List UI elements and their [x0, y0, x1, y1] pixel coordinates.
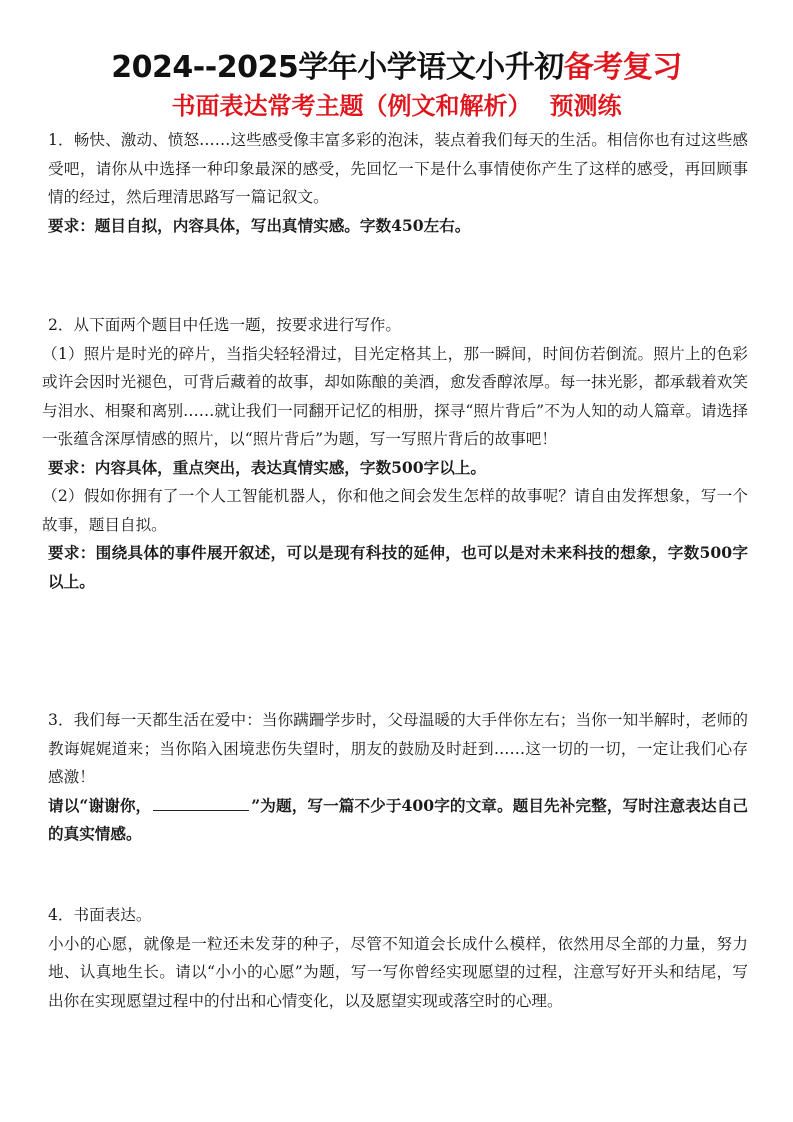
option-1-text: 照片是时光的碎片，当指尖轻轻滑过，目光定格其上，那一瞬间，时间仿若倒流。照片上的… — [42, 345, 748, 449]
subtitle-main: 书面表达常考主题（例文和解析） — [172, 92, 532, 120]
title-black-part: 2024--2025学年小学语文小升初 — [111, 50, 563, 85]
document-title: 2024--2025学年小学语文小升初备考复习 — [0, 48, 793, 88]
question-1-prompt: 1．畅快、激动、愤怒……这些感受像丰富多彩的泡沫，装点着我们每天的生活。相信你也… — [48, 126, 748, 212]
question-1-requirement: 要求：题目自拟，内容具体，写出真情实感。字数450左右。 — [48, 212, 748, 241]
question-2-prompt: 2．从下面两个题目中任选一题，按要求进行写作。 — [48, 311, 748, 340]
question-1: 1．畅快、激动、愤怒……这些感受像丰富多彩的泡沫，装点着我们每天的生活。相信你也… — [48, 126, 748, 240]
question-2-option-2-requirement: 要求：围绕具体的事件展开叙述，可以是现有科技的延伸，也可以是对未来科技的想象，字… — [48, 539, 748, 596]
document-subtitle: 书面表达常考主题（例文和解析）预测练 — [0, 90, 793, 122]
question-4: 4．书面表达。 小小的心愿，就像是一粒还未发芽的种子，尽管不知道会长成什么模样，… — [48, 901, 748, 1015]
question-4-prompt: 4．书面表达。 — [48, 901, 748, 930]
question-2-option-1-requirement: 要求：内容具体，重点突出，表达真情实感，字数500字以上。 — [48, 454, 748, 483]
question-2-option-1: （1）照片是时光的碎片，当指尖轻轻滑过，目光定格其上，那一瞬间，时间仿若倒流。照… — [42, 340, 748, 454]
option-1-label: （1） — [42, 345, 84, 363]
option-2-label: （2） — [42, 487, 84, 505]
subtitle-suffix: 预测练 — [550, 92, 622, 120]
requirement-before-blank: 请以“谢谢你， — [48, 796, 151, 815]
question-4-text: 小小的心愿，就像是一粒还未发芽的种子，尽管不知道会长成什么模样，依然用尽全部的力… — [48, 930, 748, 1016]
question-2-option-2: （2）假如你拥有了一个人工智能机器人，你和他之间会发生怎样的故事呢？请自由发挥想… — [42, 482, 748, 539]
title-blank-line — [153, 796, 249, 811]
question-2: 2．从下面两个题目中任选一题，按要求进行写作。 （1）照片是时光的碎片，当指尖轻… — [48, 311, 748, 596]
option-2-text: 假如你拥有了一个人工智能机器人，你和他之间会发生怎样的故事呢？请自由发挥想象，写… — [42, 487, 748, 534]
question-3-prompt: 3．我们每一天都生活在爱中：当你蹒跚学步时，父母温暖的大手伴你左右；当你一知半解… — [48, 706, 748, 792]
question-3-requirement: 请以“谢谢你，”为题，写一篇不少于400字的文章。题目先补完整，写时注意表达自己… — [48, 792, 748, 849]
question-3: 3．我们每一天都生活在爱中：当你蹒跚学步时，父母温暖的大手伴你左右；当你一知半解… — [48, 706, 748, 849]
title-red-part: 备考复习 — [564, 50, 682, 85]
